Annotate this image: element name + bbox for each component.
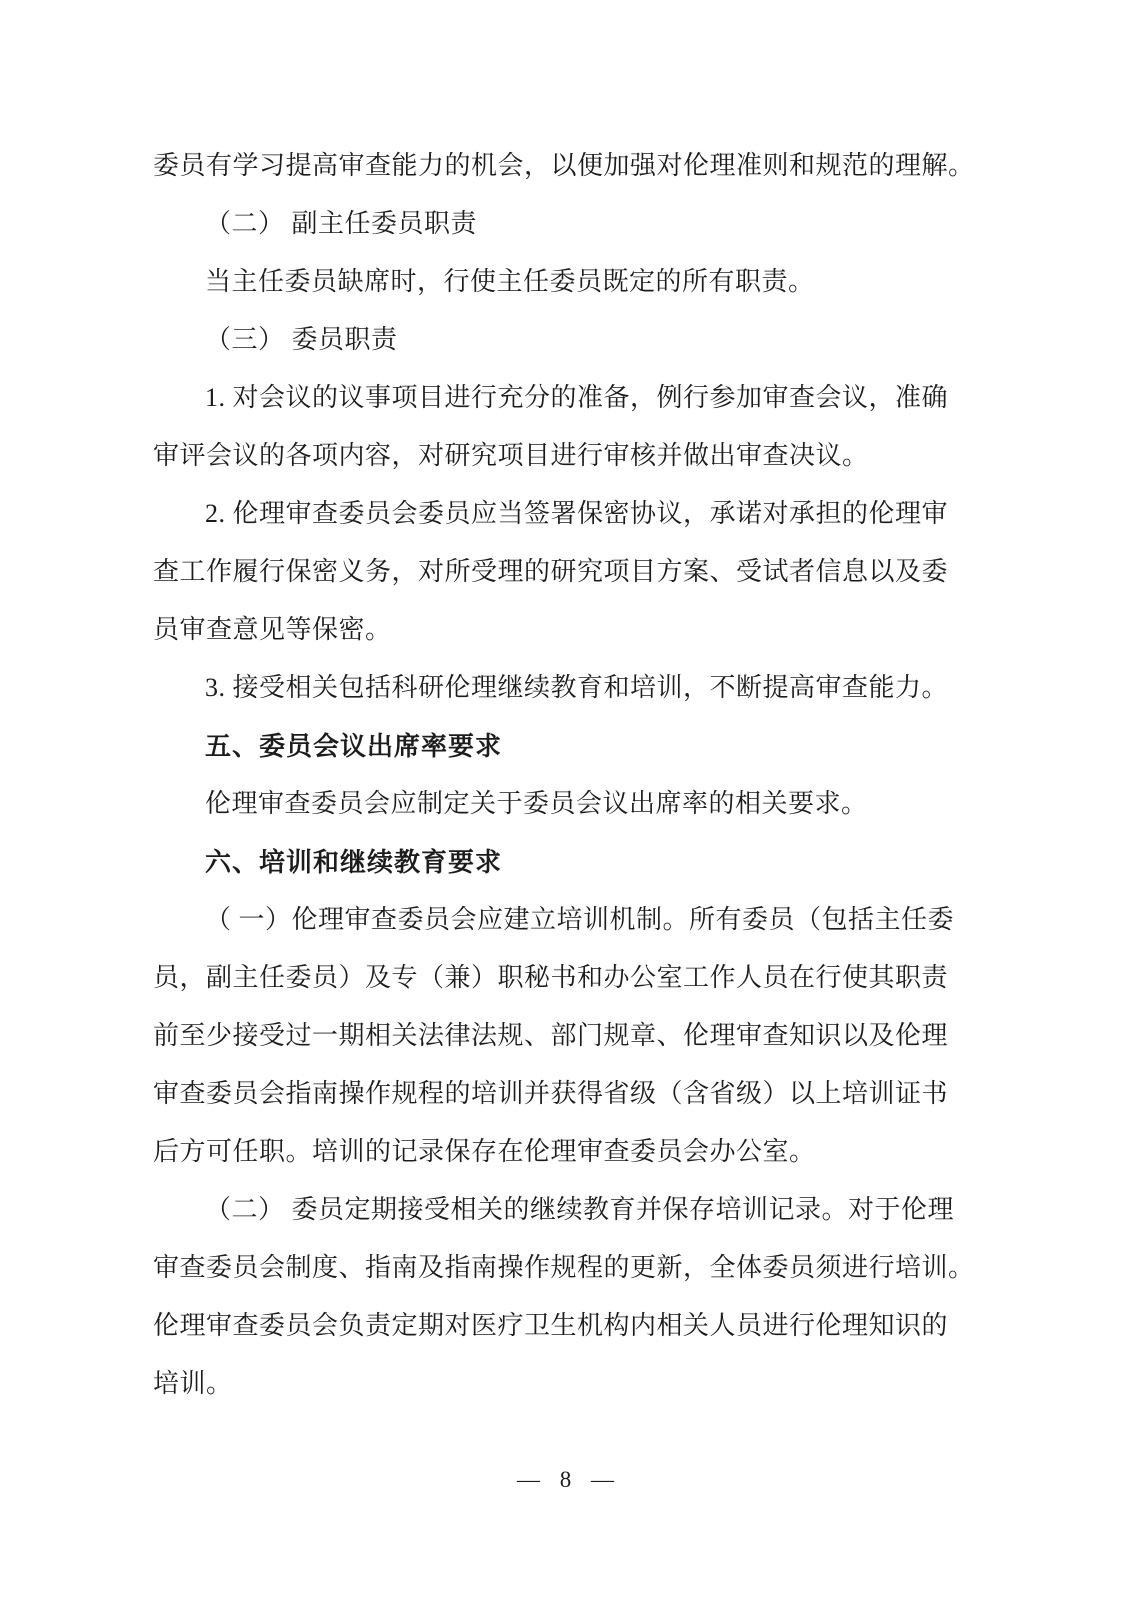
- text-line: （ 一）伦理审查委员会应建立培训机制。所有委员（包括主任委: [153, 891, 971, 949]
- text-line: 2. 伦理审查委员会委员应当签署保密协议，承诺对承担的伦理审: [153, 485, 971, 543]
- text-line: 当主任委员缺席时，行使主任委员既定的所有职责。: [153, 253, 971, 311]
- page-number: — 8 —: [0, 1458, 1131, 1502]
- document-page: 委员有学习提高审查能力的机会，以便加强对伦理准则和规范的理解。（二） 副主任委员…: [0, 0, 1131, 1600]
- text-line: （二） 副主任委员职责: [153, 195, 971, 253]
- text-line: 审查委员会制度、指南及指南操作规程的更新，全体委员须进行培训。: [153, 1239, 971, 1297]
- text-line: 前至少接受过一期相关法律法规、部门规章、伦理审查知识以及伦理: [153, 1007, 971, 1065]
- text-line: 委员有学习提高审查能力的机会，以便加强对伦理准则和规范的理解。: [153, 137, 971, 195]
- text-line: 伦理审查委员会负责定期对医疗卫生机构内相关人员进行伦理知识的: [153, 1297, 971, 1355]
- section-heading: 六、培训和继续教育要求: [153, 833, 971, 891]
- text-line: 员，副主任委员）及专（兼）职秘书和办公室工作人员在行使其职责: [153, 949, 971, 1007]
- text-line: 查工作履行保密义务，对所受理的研究项目方案、受试者信息以及委: [153, 543, 971, 601]
- text-line: 审评会议的各项内容，对研究项目进行审核并做出审查决议。: [153, 427, 971, 485]
- document-body: 委员有学习提高审查能力的机会，以便加强对伦理准则和规范的理解。（二） 副主任委员…: [153, 137, 971, 1413]
- text-line: 审查委员会指南操作规程的培训并获得省级（含省级）以上培训证书: [153, 1065, 971, 1123]
- text-line: 培训。: [153, 1355, 971, 1413]
- text-line: （三） 委员职责: [153, 311, 971, 369]
- text-line: 员审查意见等保密。: [153, 601, 971, 659]
- text-line: 3. 接受相关包括科研伦理继续教育和培训，不断提高审查能力。: [153, 659, 971, 717]
- section-heading: 五、委员会议出席率要求: [153, 717, 971, 775]
- text-line: 1. 对会议的议事项目进行充分的准备，例行参加审查会议，准确: [153, 369, 971, 427]
- text-line: 伦理审查委员会应制定关于委员会议出席率的相关要求。: [153, 775, 971, 833]
- text-line: 后方可任职。培训的记录保存在伦理审查委员会办公室。: [153, 1123, 971, 1181]
- text-line: （二） 委员定期接受相关的继续教育并保存培训记录。对于伦理: [153, 1181, 971, 1239]
